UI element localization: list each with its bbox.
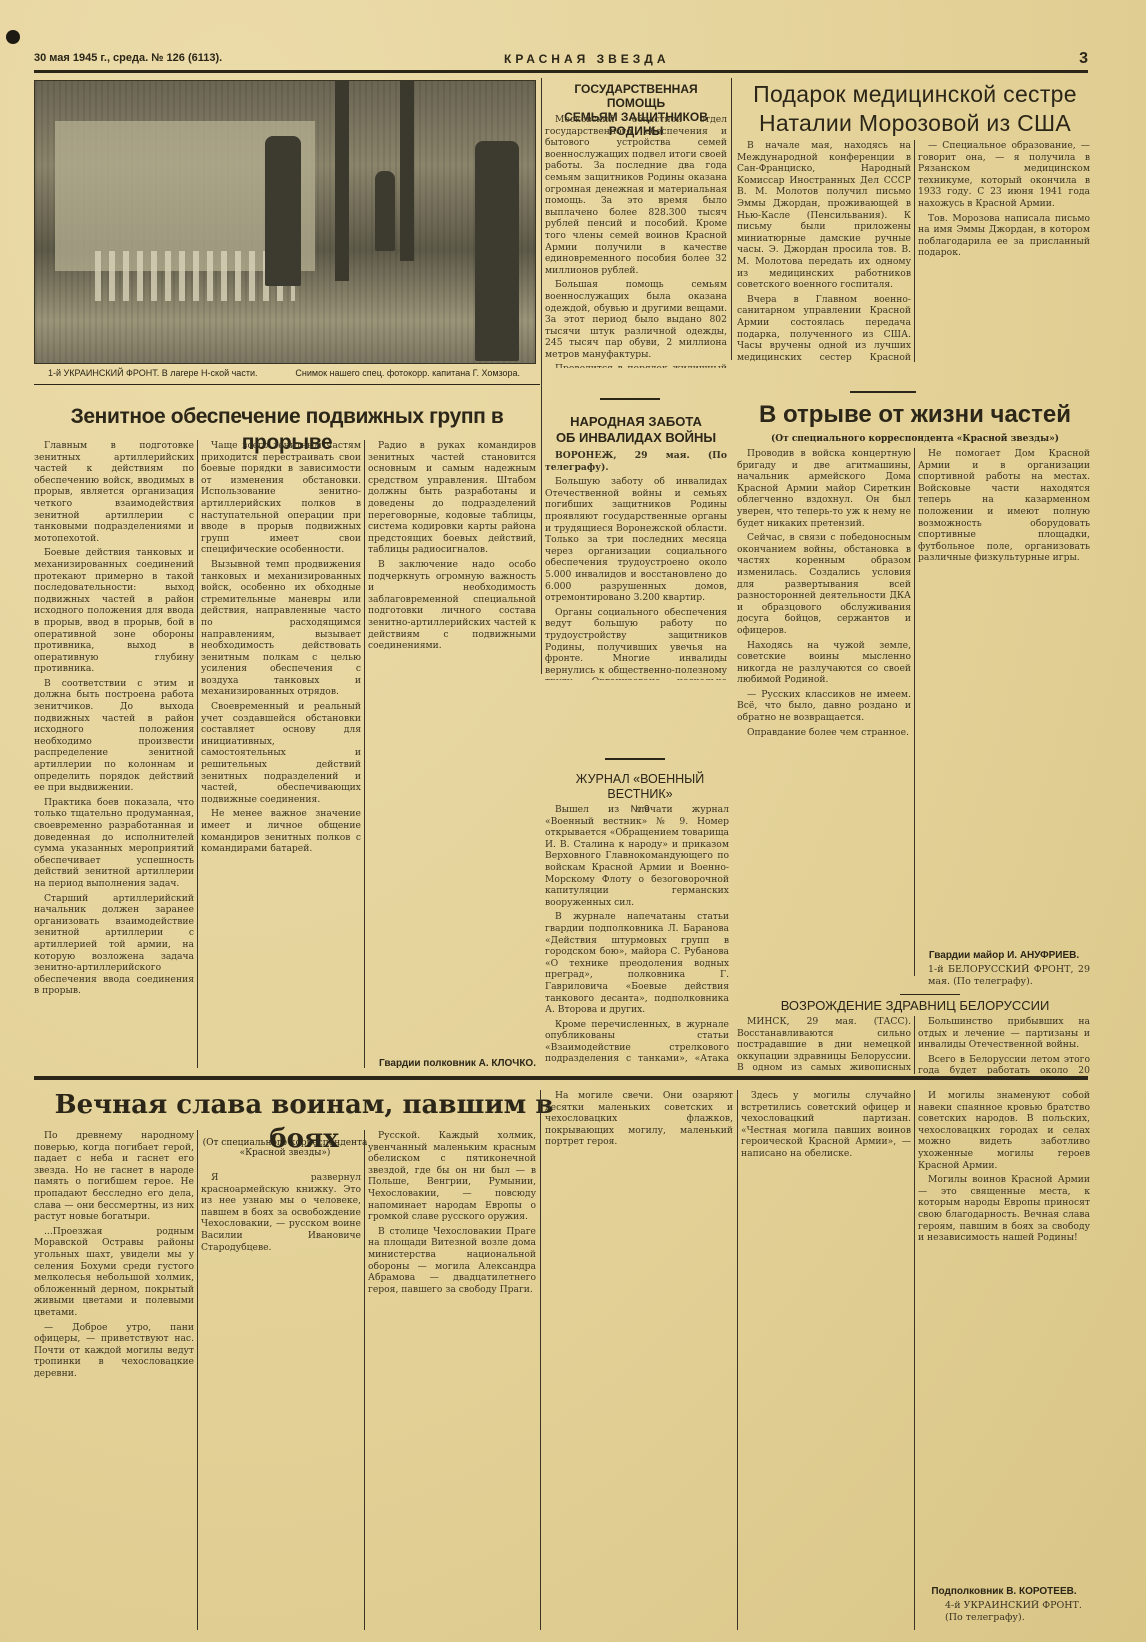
invalids-body: ВОРОНЕЖ, 29 мая. (По телеграфу). Большую… xyxy=(545,450,727,680)
masthead-rule xyxy=(34,70,1088,73)
photo-salute xyxy=(34,80,536,364)
punch-hole xyxy=(6,30,20,44)
eternal-glory-col-1: По древнему народному поверью, когда пог… xyxy=(34,1130,194,1630)
cut-off-signature: Гвардии майор И. АНУФРИЕВ. xyxy=(918,950,1090,961)
issue-date: 30 мая 1945 г., среда. № 126 (6113). xyxy=(34,52,222,64)
cut-off-body-left: Проводив в войска концертную бригаду и д… xyxy=(737,448,911,976)
sanatoria-headline: ВОЗРОЖДЕНИЕ ЗДРАВНИЦ БЕЛОРУССИИ xyxy=(735,998,1095,1013)
gift-body-right: — Специальное образование, — говорит она… xyxy=(918,140,1090,364)
eternal-glory-col-4: На могиле свечи. Они озаряют десятки мал… xyxy=(545,1090,733,1630)
eternal-glory-col-3: Русской. Каждый холмик, увенчанный мален… xyxy=(368,1130,536,1630)
page-number: 3 xyxy=(1079,50,1088,68)
section-rule xyxy=(34,1076,1088,1080)
saluting-soldier xyxy=(265,136,301,286)
cut-off-dateline: 1-й БЕЛОРУССКИЙ ФРОНТ, 29 мая. (По телег… xyxy=(928,964,1090,990)
eternal-glory-col-6: И могилы знаменуют собой навеки спаянное… xyxy=(918,1090,1090,1580)
anti-aircraft-signature: Гвардии полковник А. КЛОЧКО. xyxy=(368,1058,536,1069)
eternal-glory-subhead: (От специального корреспондента «Красной… xyxy=(200,1138,370,1158)
eternal-glory-signature: Подполковник В. КОРОТЕЕВ. xyxy=(918,1586,1090,1597)
sanatoria-body-right: Большинство прибывших на отдых и лечение… xyxy=(918,1016,1090,1074)
officer-figure xyxy=(475,141,519,361)
cut-off-subhead: (От специального корреспондента «Красной… xyxy=(735,434,1095,444)
eternal-glory-dateline: 4-й УКРАИНСКИЙ ФРОНТ. (По телеграфу). xyxy=(945,1600,1085,1626)
gift-headline: Подарок медицинской сестре Наталии Мороз… xyxy=(735,80,1095,138)
newspaper-title: КРАСНАЯ ЗВЕЗДА xyxy=(504,52,670,66)
anti-aircraft-col-3: Радио в руках командиров зенитных частей… xyxy=(368,440,536,1040)
eternal-glory-col-5: Здесь у могилы случайно встретились сове… xyxy=(741,1090,911,1630)
cut-off-headline: В отрыве от жизни частей xyxy=(735,400,1095,430)
invalids-headline: НАРОДНАЯ ЗАБОТА ОБ ИНВАЛИДАХ ВОЙНЫ xyxy=(545,414,727,446)
gift-body-left: В начале мая, находясь на Международной … xyxy=(737,140,911,364)
state-aid-body: Московский областной отдел государственн… xyxy=(545,114,727,368)
journal-body: Вышел из печати журнал «Военный вестник»… xyxy=(545,804,729,1064)
anti-aircraft-col-1: Главным в подготовке зенитных артиллерий… xyxy=(34,440,194,1060)
masthead: 30 мая 1945 г., среда. № 126 (6113). КРА… xyxy=(34,50,1088,70)
anti-aircraft-col-2: Чаще всего зенитным частям приходится пе… xyxy=(201,440,361,1060)
sanatoria-body-left: МИНСК, 29 мая. (ТАСС). Восстанавливаются… xyxy=(737,1016,911,1074)
cut-off-body-right: Не помогает Дом Красной Армии и в органи… xyxy=(918,448,1090,952)
eternal-glory-col-2: Я развернул красноармейскую книжку. Это … xyxy=(201,1172,361,1630)
